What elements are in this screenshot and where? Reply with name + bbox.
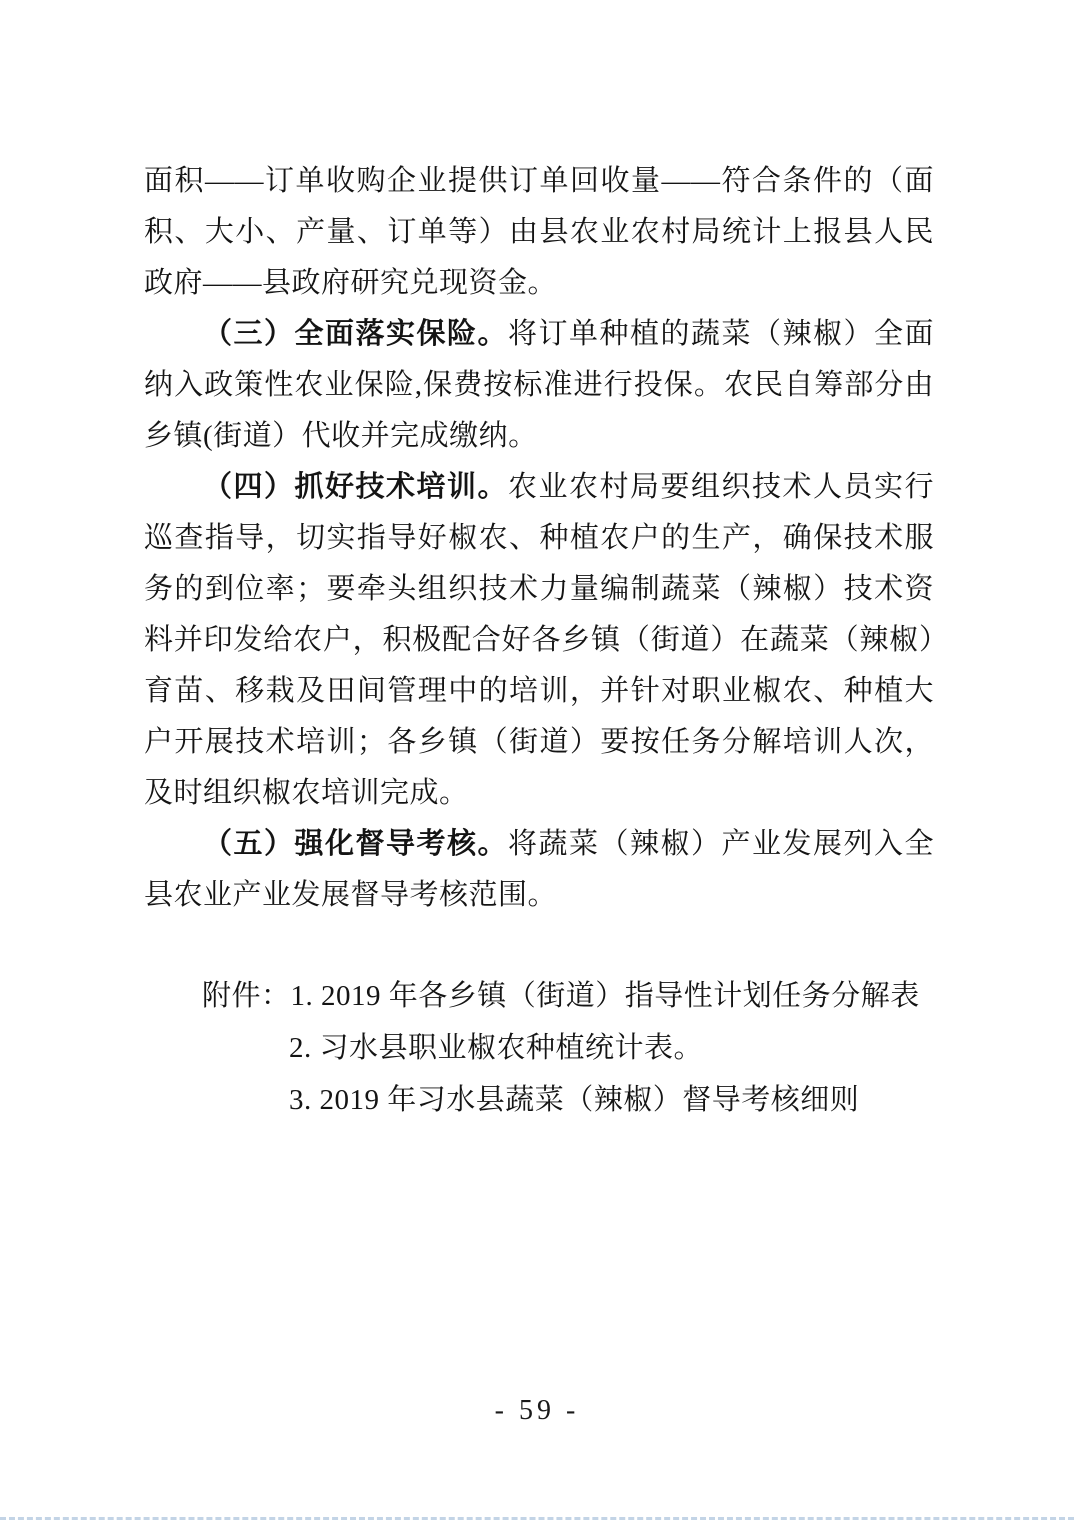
paragraph: （五）强化督导考核。将蔬菜（辣椒）产业发展列入全县农业产业发展督导考核范围。 — [144, 819, 934, 921]
paragraph: （三）全面落实保险。将订单种植的蔬菜（辣椒）全面纳入政策性农业保险,保费按标准进… — [144, 309, 934, 462]
attachments-list: 附件：1. 2019 年各乡镇（街道）指导性计划任务分解表2. 习水县职业椒农种… — [144, 970, 934, 1126]
attachments-label: 附件： — [202, 980, 291, 1012]
document-page: 面积——订单收购企业提供订单回收量——符合条件的（面积、大小、产量、订单等）由县… — [0, 0, 1074, 1520]
paragraph: （四）抓好技术培训。农业农村局要组织技术人员实行巡查指导，切实指导好椒农、种植农… — [144, 462, 934, 819]
attachment-item: 2. 习水县职业椒农种植统计表。 — [144, 1022, 934, 1074]
attachment-item: 1. 2019 年各乡镇（街道）指导性计划任务分解表 — [291, 980, 920, 1012]
section-heading: （三）全面落实保险。 — [203, 318, 508, 350]
body-text: 面积——订单收购企业提供订单回收量——符合条件的（面积、大小、产量、订单等）由县… — [144, 165, 934, 299]
section-heading: （五）强化督导考核。 — [203, 828, 508, 860]
document-body: 面积——订单收购企业提供订单回收量——符合条件的（面积、大小、产量、订单等）由县… — [144, 156, 934, 1126]
paragraph: 面积——订单收购企业提供订单回收量——符合条件的（面积、大小、产量、订单等）由县… — [144, 156, 934, 309]
body-text: 农业农村局要组织技术人员实行巡查指导，切实指导好椒农、种植农户的生产，确保技术服… — [144, 471, 934, 809]
attachment-line: 附件：1. 2019 年各乡镇（街道）指导性计划任务分解表 — [144, 970, 934, 1022]
section-heading: （四）抓好技术培训。 — [203, 471, 508, 503]
page-number: - 59 - — [0, 1394, 1074, 1428]
attachment-item: 3. 2019 年习水县蔬菜（辣椒）督导考核细则 — [144, 1074, 934, 1126]
